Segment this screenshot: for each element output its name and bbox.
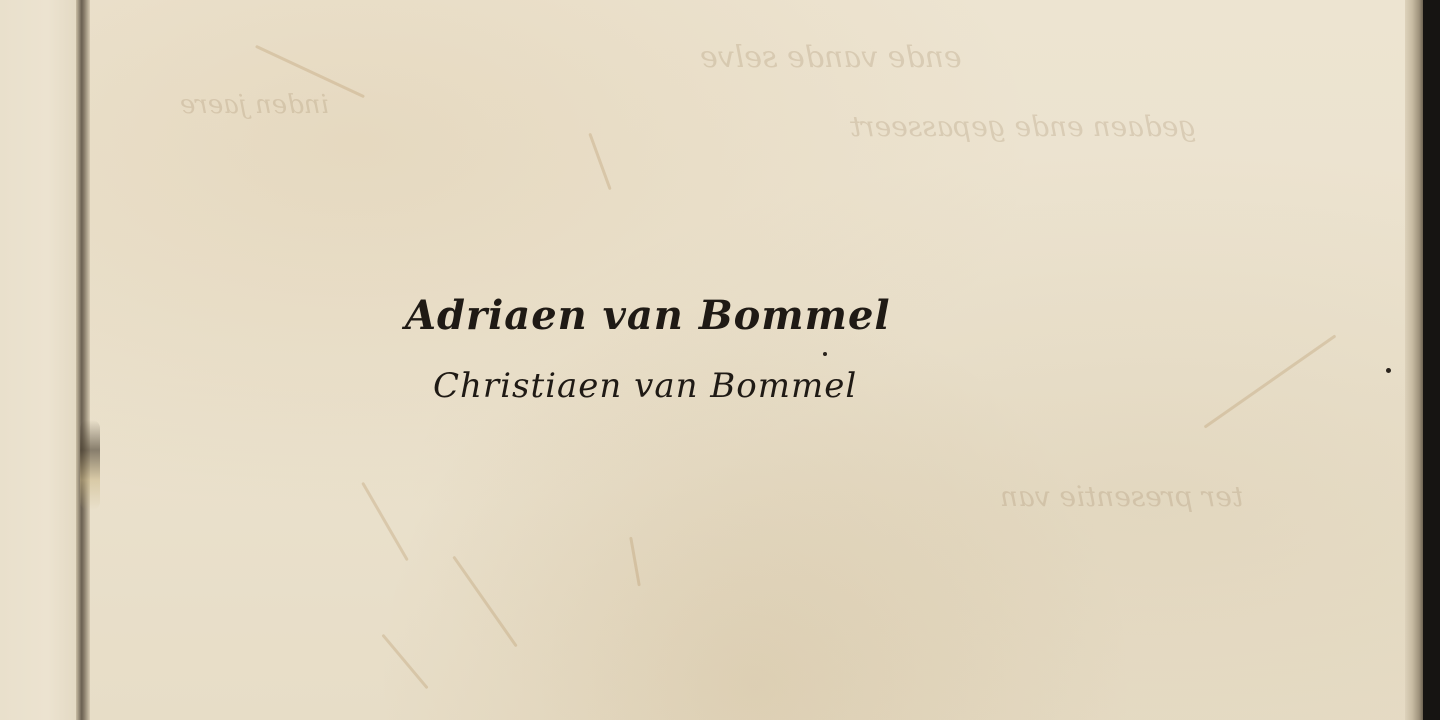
- ink-stain: [255, 45, 365, 98]
- signature-christiaen: Christiaen van Bommel: [433, 366, 857, 406]
- ink-stain: [629, 537, 641, 587]
- ink-stain: [381, 634, 428, 690]
- ink-dot: [823, 352, 827, 356]
- right-page-edge: [1405, 0, 1423, 720]
- background: [1423, 0, 1440, 720]
- ink-stain: [361, 482, 409, 561]
- ink-dot: [1386, 368, 1391, 373]
- ink-stain: [588, 133, 611, 190]
- manuscript-page: [90, 0, 1420, 720]
- gutter-tear: [80, 420, 100, 510]
- ink-stain: [1204, 334, 1337, 428]
- book-gutter: [76, 0, 90, 720]
- signature-adriaen: Adriaen van Bommel: [405, 292, 891, 339]
- ink-stain: [452, 556, 518, 648]
- left-page-edge: [0, 0, 80, 720]
